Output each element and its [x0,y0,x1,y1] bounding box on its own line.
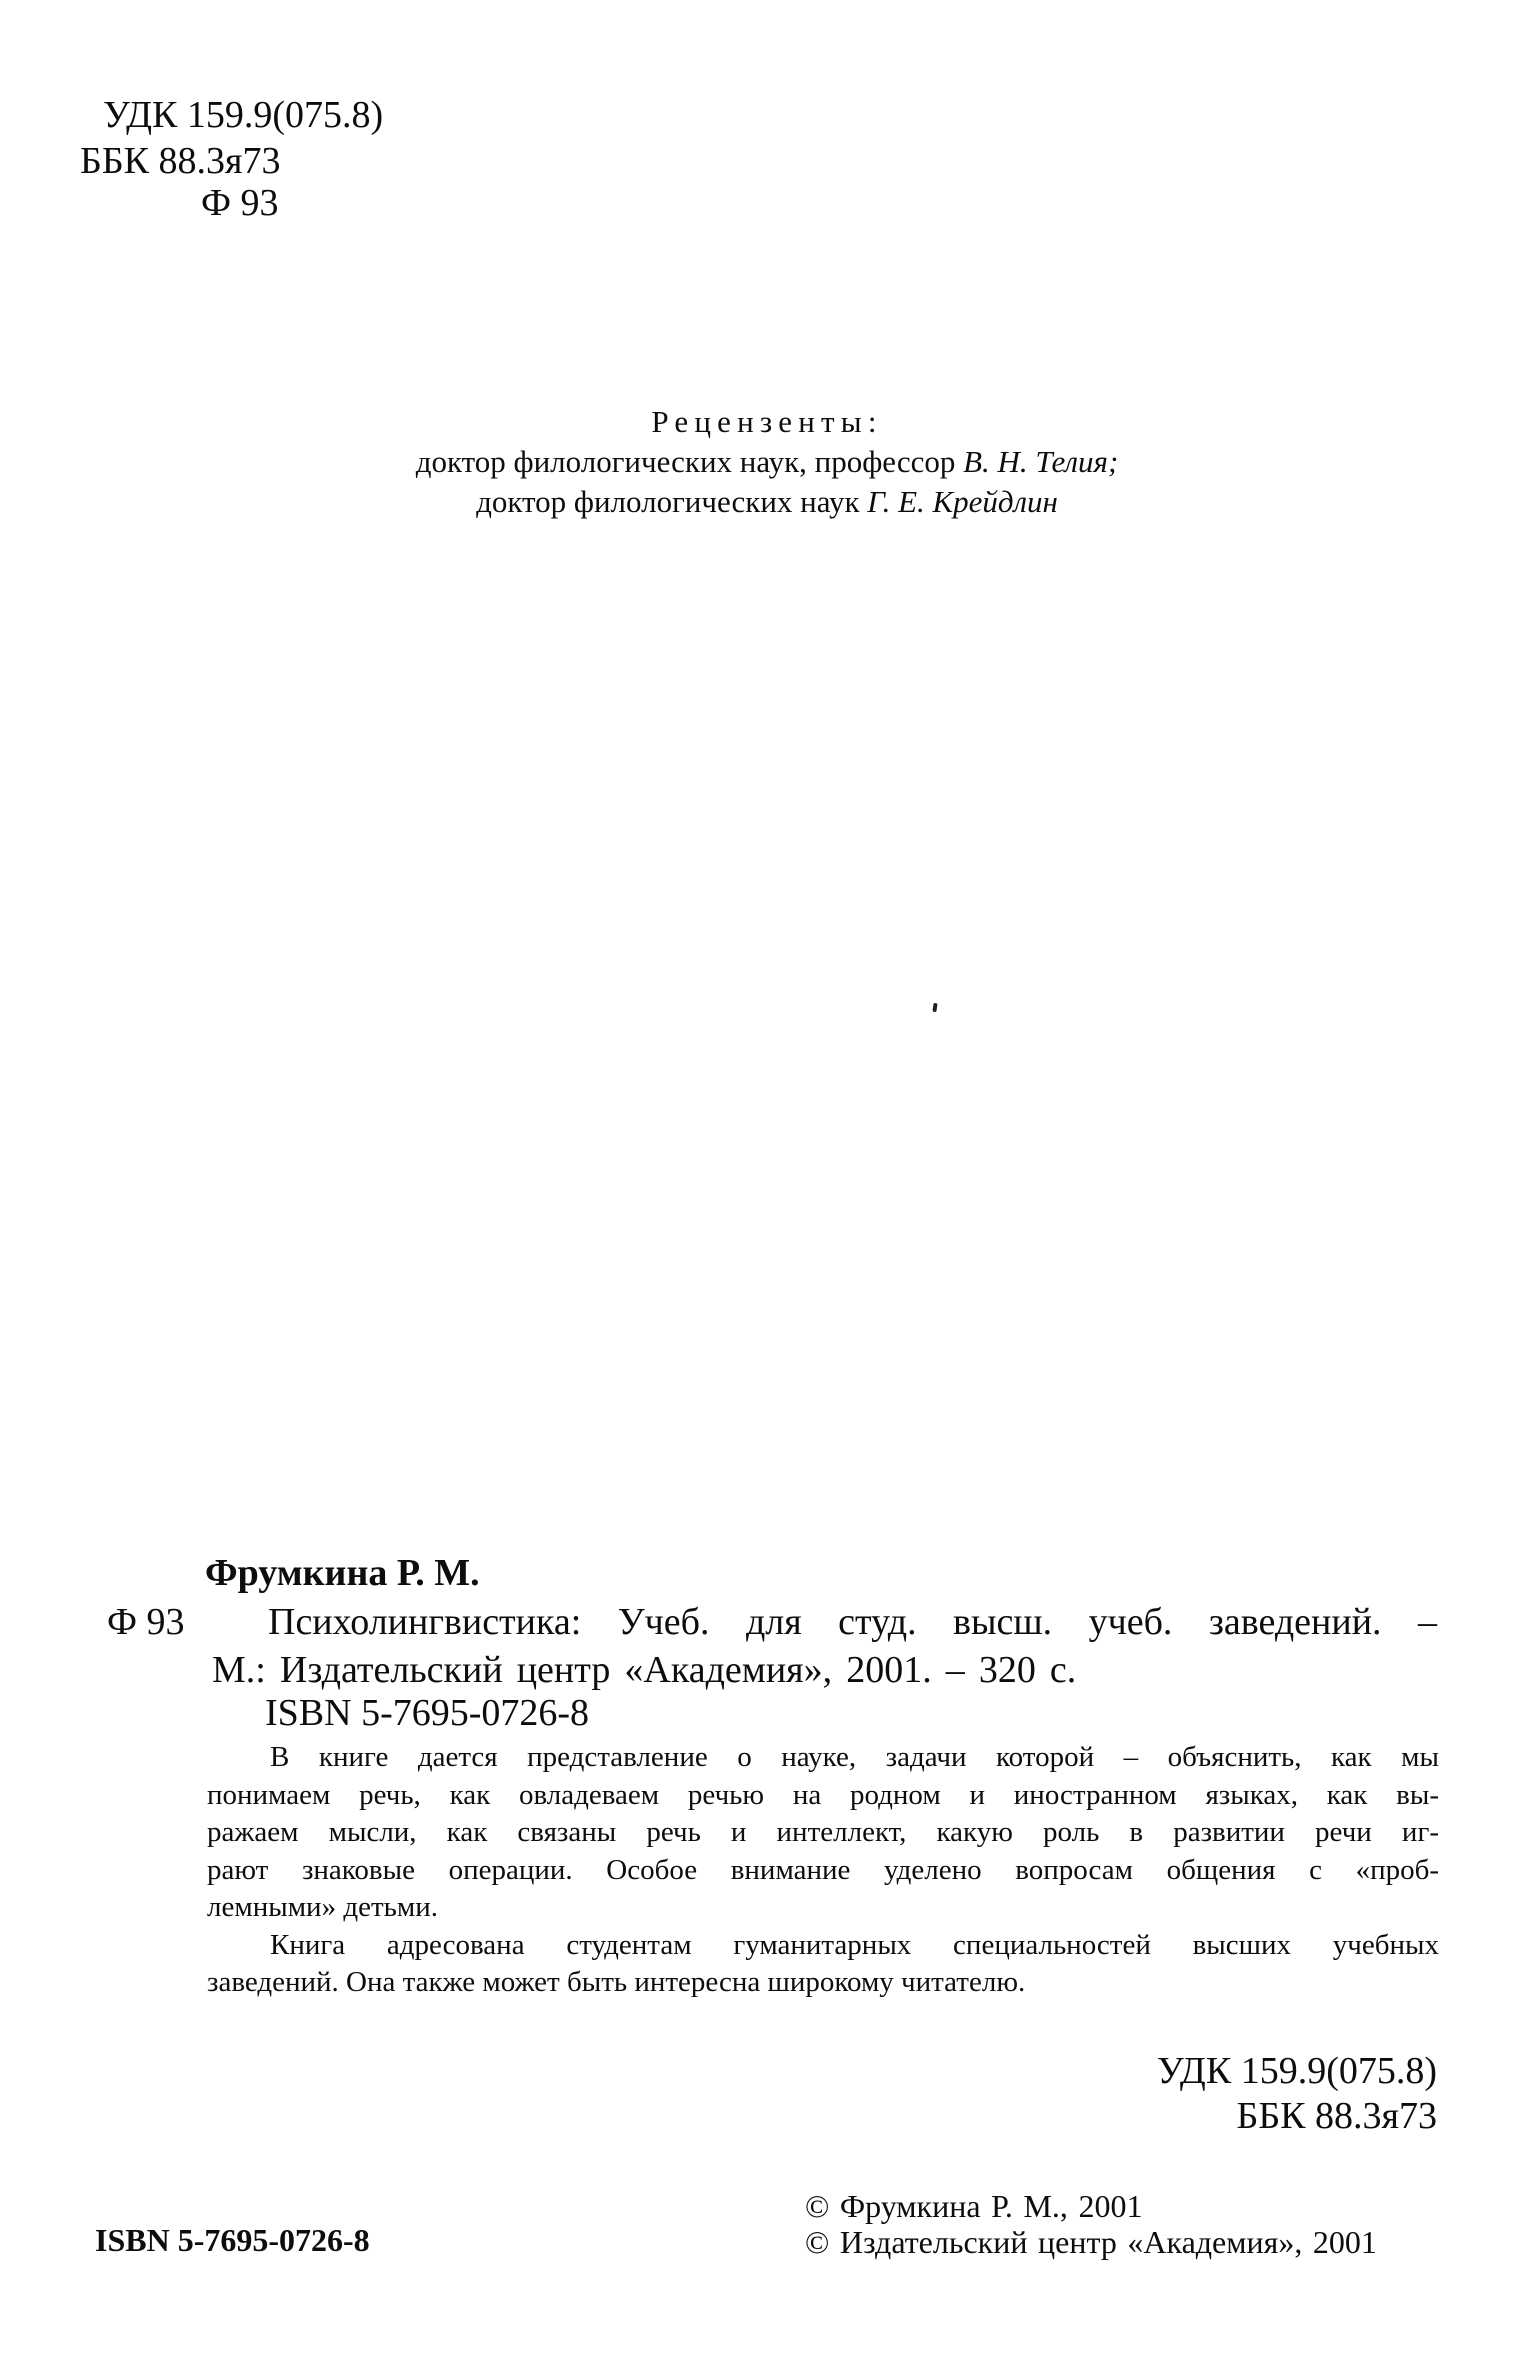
reviewer-1-name: В. Н. Телия; [963,444,1118,479]
catalog-isbn-line: ISBN 5-7695-0726-8 [265,1689,589,1737]
annotation-line: ражаем мысли, как связаны речь и интелле… [207,1814,1439,1852]
reviewer-line-2: доктор филологических наук Г. Е. Крейдли… [0,482,1534,522]
book-imprint-page: УДК 159.9(075.8) ББК 88.3я73 Ф 93 Реценз… [0,0,1538,2356]
catalog-title-line: Психолингвистика: Учеб. для студ. высш. … [268,1598,1437,1646]
udk-code-bottom: УДК 159.9(075.8) [1157,2049,1437,2094]
author-code-top: Ф 93 [201,179,279,227]
annotation-line: рают знаковые операции. Особое внимание … [207,1852,1439,1890]
annotation-block: В книге дается представление о науке, за… [207,1739,1439,2002]
isbn-footer: ISBN 5-7695-0726-8 [95,2222,370,2258]
reviewer-2-title: доктор филологических наук [476,484,867,519]
copyright-block: © Фрумкина Р. М., 2001 © Издательский це… [805,2188,1377,2260]
reviewer-2-name: Г. Е. Крейдлин [867,484,1058,519]
copyright-publisher: © Издательский центр «Академия», 2001 [805,2224,1377,2260]
annotation-line: понимаем речь, как овладеваем речью на р… [207,1777,1439,1815]
copyright-author: © Фрумкина Р. М., 2001 [805,2188,1377,2224]
reviewers-heading: Рецензенты: [0,402,1534,442]
annotation-line: заведений. Она также может быть интересн… [207,1964,1439,2002]
catalog-author-code: Ф 93 [107,1598,185,1646]
annotation-line: В книге дается представление о науке, за… [207,1739,1439,1777]
annotation-line: Книга адресована студентам гуманитарных … [207,1927,1439,1965]
annotation-line: лемными» детьми. [207,1889,1439,1927]
bbk-code-bottom: ББК 88.3я73 [1157,2094,1437,2139]
bbk-code-top: ББК 88.3я73 [80,137,280,185]
scan-speck-artifact [932,1003,937,1012]
udk-code-top: УДК 159.9(075.8) [103,91,383,139]
reviewer-line-1: доктор филологических наук, профессор В.… [0,442,1534,482]
catalog-publisher-line: М.: Издательский центр «Академия», 2001.… [212,1646,1076,1694]
catalog-author: Фрумкина Р. М. [205,1549,480,1597]
reviewers-block: Рецензенты: доктор филологических наук, … [0,402,1534,522]
bottom-codes-block: УДК 159.9(075.8) ББК 88.3я73 [1157,2049,1437,2139]
reviewer-1-title: доктор филологических наук, профессор [416,444,963,479]
